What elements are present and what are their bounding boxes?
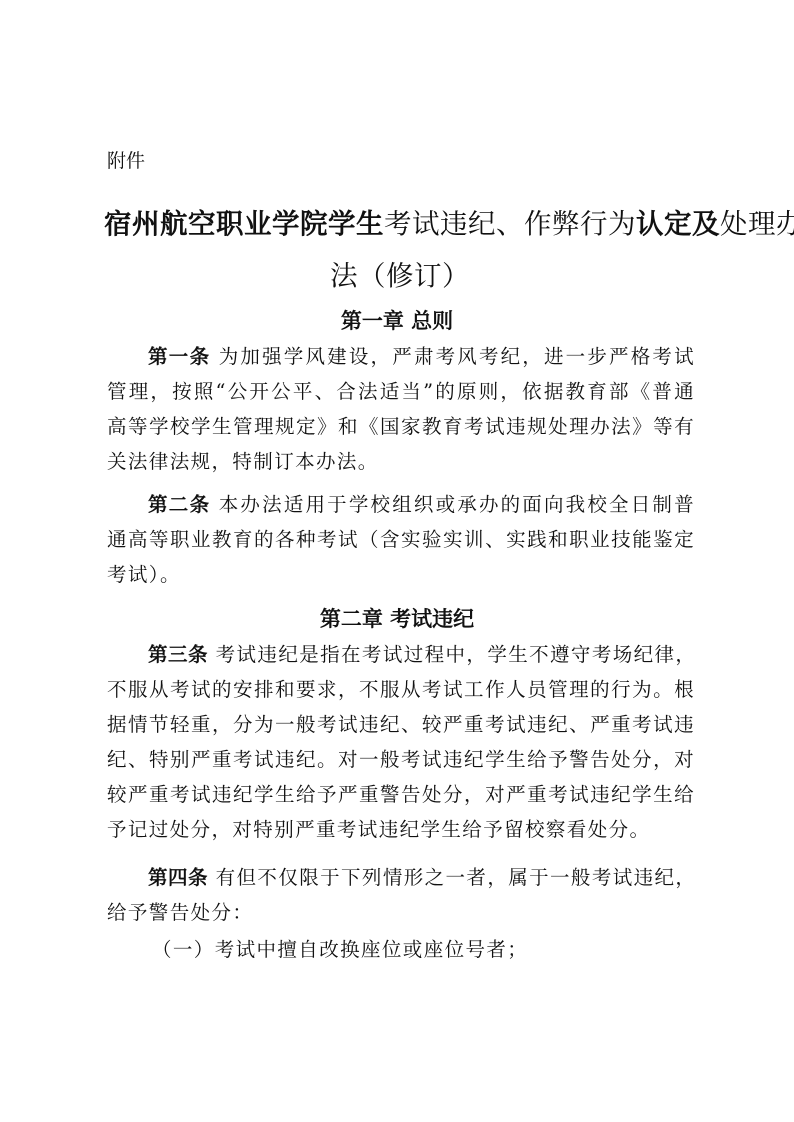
- title-line-1: 宿州航空职业学院学生考试违纪、作弊行为认定及处理办: [104, 198, 696, 250]
- title-part-school: 宿州航空职业学院学生: [104, 208, 384, 240]
- article-line: 高等学校学生管理规定》和《国家教育考试违规处理办法》等有: [107, 409, 695, 444]
- title-part-identify: 认定及: [636, 208, 720, 240]
- document-title: 宿州航空职业学院学生考试违纪、作弊行为认定及处理办 法（修订）: [104, 198, 696, 302]
- article-line: 据情节轻重，分为一般考试违纪、较严重考试违纪、严重考试违: [107, 707, 695, 742]
- article-line: 第二条 本办法适用于学校组织或承办的面向我校全日制普: [107, 487, 695, 522]
- article-line: 通高等职业教育的各种考试（含实验实训、实践和职业技能鉴定: [107, 522, 695, 557]
- article-1: 第一条 为加强学风建设，严肃考风考纪，进一步严格考试 管理，按照“公开公平、合法…: [107, 339, 695, 479]
- article-line: 考试）。: [107, 557, 695, 592]
- attachment-label: 附件: [107, 146, 145, 173]
- article-line: 给予警告处分：: [107, 895, 695, 930]
- article-2: 第二条 本办法适用于学校组织或承办的面向我校全日制普 通高等职业教育的各种考试（…: [107, 487, 695, 592]
- article-4: 第四条 有但不仅限于下列情形之一者，属于一般考试违纪， 给予警告处分：: [107, 860, 695, 930]
- article-lead: 第三条: [148, 643, 208, 666]
- article-line: 第四条 有但不仅限于下列情形之一者，属于一般考试违纪，: [107, 860, 695, 895]
- article-lead: 第二条: [148, 493, 210, 516]
- title-part-handle: 处理办: [720, 208, 794, 240]
- article-line: 纪、特别严重考试违纪。对一般考试违纪学生给予警告处分，对: [107, 742, 695, 777]
- article-line: 关法律法规，特制订本办法。: [107, 444, 695, 479]
- article-lead: 第一条: [148, 345, 210, 368]
- article-line: 第三条 考试违纪是指在考试过程中，学生不遵守考场纪律，: [107, 637, 695, 672]
- title-line-2: 法（修订）: [104, 250, 696, 302]
- article-line: 管理，按照“公开公平、合法适当”的原则，依据教育部《普通: [107, 374, 695, 409]
- chapter-heading-2: 第二章 考试违纪: [0, 603, 794, 633]
- list-item-text: （一）考试中擅自改换座位或座位号者；: [107, 932, 695, 967]
- article-line: 较严重考试违纪学生给予严重警告处分，对严重考试违纪学生给: [107, 777, 695, 812]
- list-item-1: （一）考试中擅自改换座位或座位号者；: [107, 932, 695, 967]
- article-3: 第三条 考试违纪是指在考试过程中，学生不遵守考场纪律， 不服从考试的安排和要求，…: [107, 637, 695, 847]
- article-lead: 第四条: [148, 866, 208, 889]
- chapter-heading-1: 第一章 总则: [0, 305, 794, 335]
- title-part-subject: 考试违纪、作弊行为: [384, 208, 636, 240]
- article-line: 予记过处分，对特别严重考试违纪学生给予留校察看处分。: [107, 812, 695, 847]
- article-line: 第一条 为加强学风建设，严肃考风考纪，进一步严格考试: [107, 339, 695, 374]
- document-page: 附件 宿州航空职业学院学生考试违纪、作弊行为认定及处理办 法（修订） 第一章 总…: [0, 0, 794, 1122]
- article-line: 不服从考试的安排和要求，不服从考试工作人员管理的行为。根: [107, 672, 695, 707]
